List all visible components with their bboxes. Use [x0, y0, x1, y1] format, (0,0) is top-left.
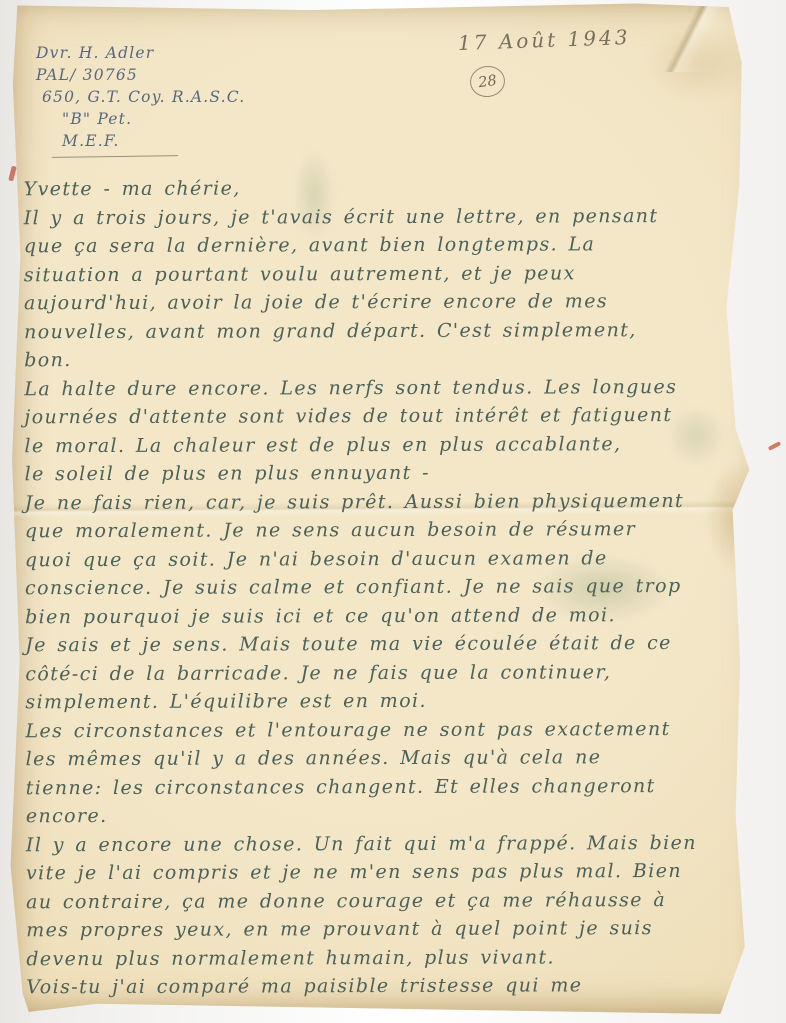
folded-corner	[624, 2, 752, 72]
handwritten-line: aujourd'hui, avoir la joie de t'écrire e…	[24, 287, 754, 318]
red-mark	[8, 166, 16, 182]
sender-unit: 650, G.T. Coy. R.A.S.C.	[42, 86, 245, 108]
handwritten-line: que ça sera la dernière, avant bien long…	[24, 230, 754, 261]
sender-platoon: "B" Pet.	[62, 108, 245, 130]
handwritten-line: Les circonstances et l'entourage ne sont…	[25, 714, 755, 745]
handwritten-line: Je ne fais rien, car, je suis prêt. Auss…	[25, 486, 755, 517]
sender-name: Dvr. H. Adler	[36, 42, 245, 64]
handwritten-line: nouvelles, avant mon grand départ. C'est…	[24, 315, 754, 346]
handwritten-line: vite je l'ai compris et je ne m'en sens …	[26, 857, 756, 888]
sender-address: Dvr. H. Adler PAL/ 30765 650, G.T. Coy. …	[36, 42, 245, 157]
handwritten-line: tienne: les circonstances changent. Et e…	[26, 771, 756, 802]
handwritten-line: simplement. L'équilibre est en moi.	[25, 686, 755, 717]
red-mark	[768, 441, 781, 451]
handwritten-line: Je sais et je sens. Mais toute ma vie éc…	[25, 629, 755, 660]
handwritten-line: Il y a trois jours, je t'avais écrit une…	[24, 201, 754, 232]
handwritten-line: bon.	[24, 344, 754, 375]
handwritten-line: bien pourquoi je suis ici et ce qu'on at…	[25, 600, 755, 631]
sender-underline	[52, 155, 178, 158]
sender-theatre: M.E.F.	[62, 130, 245, 152]
paper-stain	[646, 22, 756, 102]
scanner-background: Dvr. H. Adler PAL/ 30765 650, G.T. Coy. …	[0, 0, 786, 1023]
handwritten-line: situation a pourtant voulu autrement, et…	[24, 258, 754, 289]
handwritten-line: quoi que ça soit. Je n'ai besoin d'aucun…	[25, 543, 755, 574]
page-number-badge: 28	[468, 64, 507, 100]
salutation: Yvette - ma chérie,	[24, 173, 754, 204]
handwritten-line: Vois-tu j'ai comparé ma paisible tristes…	[26, 971, 756, 1002]
handwritten-line: La halte dure encore. Les nerfs sont ten…	[24, 372, 754, 403]
handwritten-line: conscience. Je suis calme et confiant. J…	[25, 572, 755, 603]
handwritten-line: côté-ci de la barricade. Je ne fais que …	[25, 657, 755, 688]
handwritten-line: encore.	[26, 800, 756, 831]
letter-page: Dvr. H. Adler PAL/ 30765 650, G.T. Coy. …	[6, 2, 766, 1018]
sender-service-number: PAL/ 30765	[36, 64, 245, 86]
handwritten-line: les mêmes qu'il y a des années. Mais qu'…	[26, 743, 756, 774]
handwritten-line: devenu plus normalement humain, plus viv…	[26, 942, 756, 973]
handwritten-line: journées d'attente sont vides de tout in…	[24, 401, 754, 432]
handwritten-line: au contraire, ça me donne courage et ça …	[26, 885, 756, 916]
handwritten-line: le moral. La chaleur est de plus en plus…	[24, 429, 754, 460]
body-lines: Il y a trois jours, je t'avais écrit une…	[24, 201, 757, 1002]
handwritten-line: mes propres yeux, en me prouvant à quel …	[26, 914, 756, 945]
handwritten-line: que moralement. Je ne sens aucun besoin …	[25, 515, 755, 546]
handwritten-line: le soleil de plus en plus ennuyant -	[25, 458, 755, 489]
letter-date: 17 Août 1943	[458, 25, 631, 55]
letter-body: Yvette - ma chérie, Il y a trois jours, …	[24, 173, 757, 1002]
handwritten-line: Il y a encore une chose. Un fait qui m'a…	[26, 828, 756, 859]
